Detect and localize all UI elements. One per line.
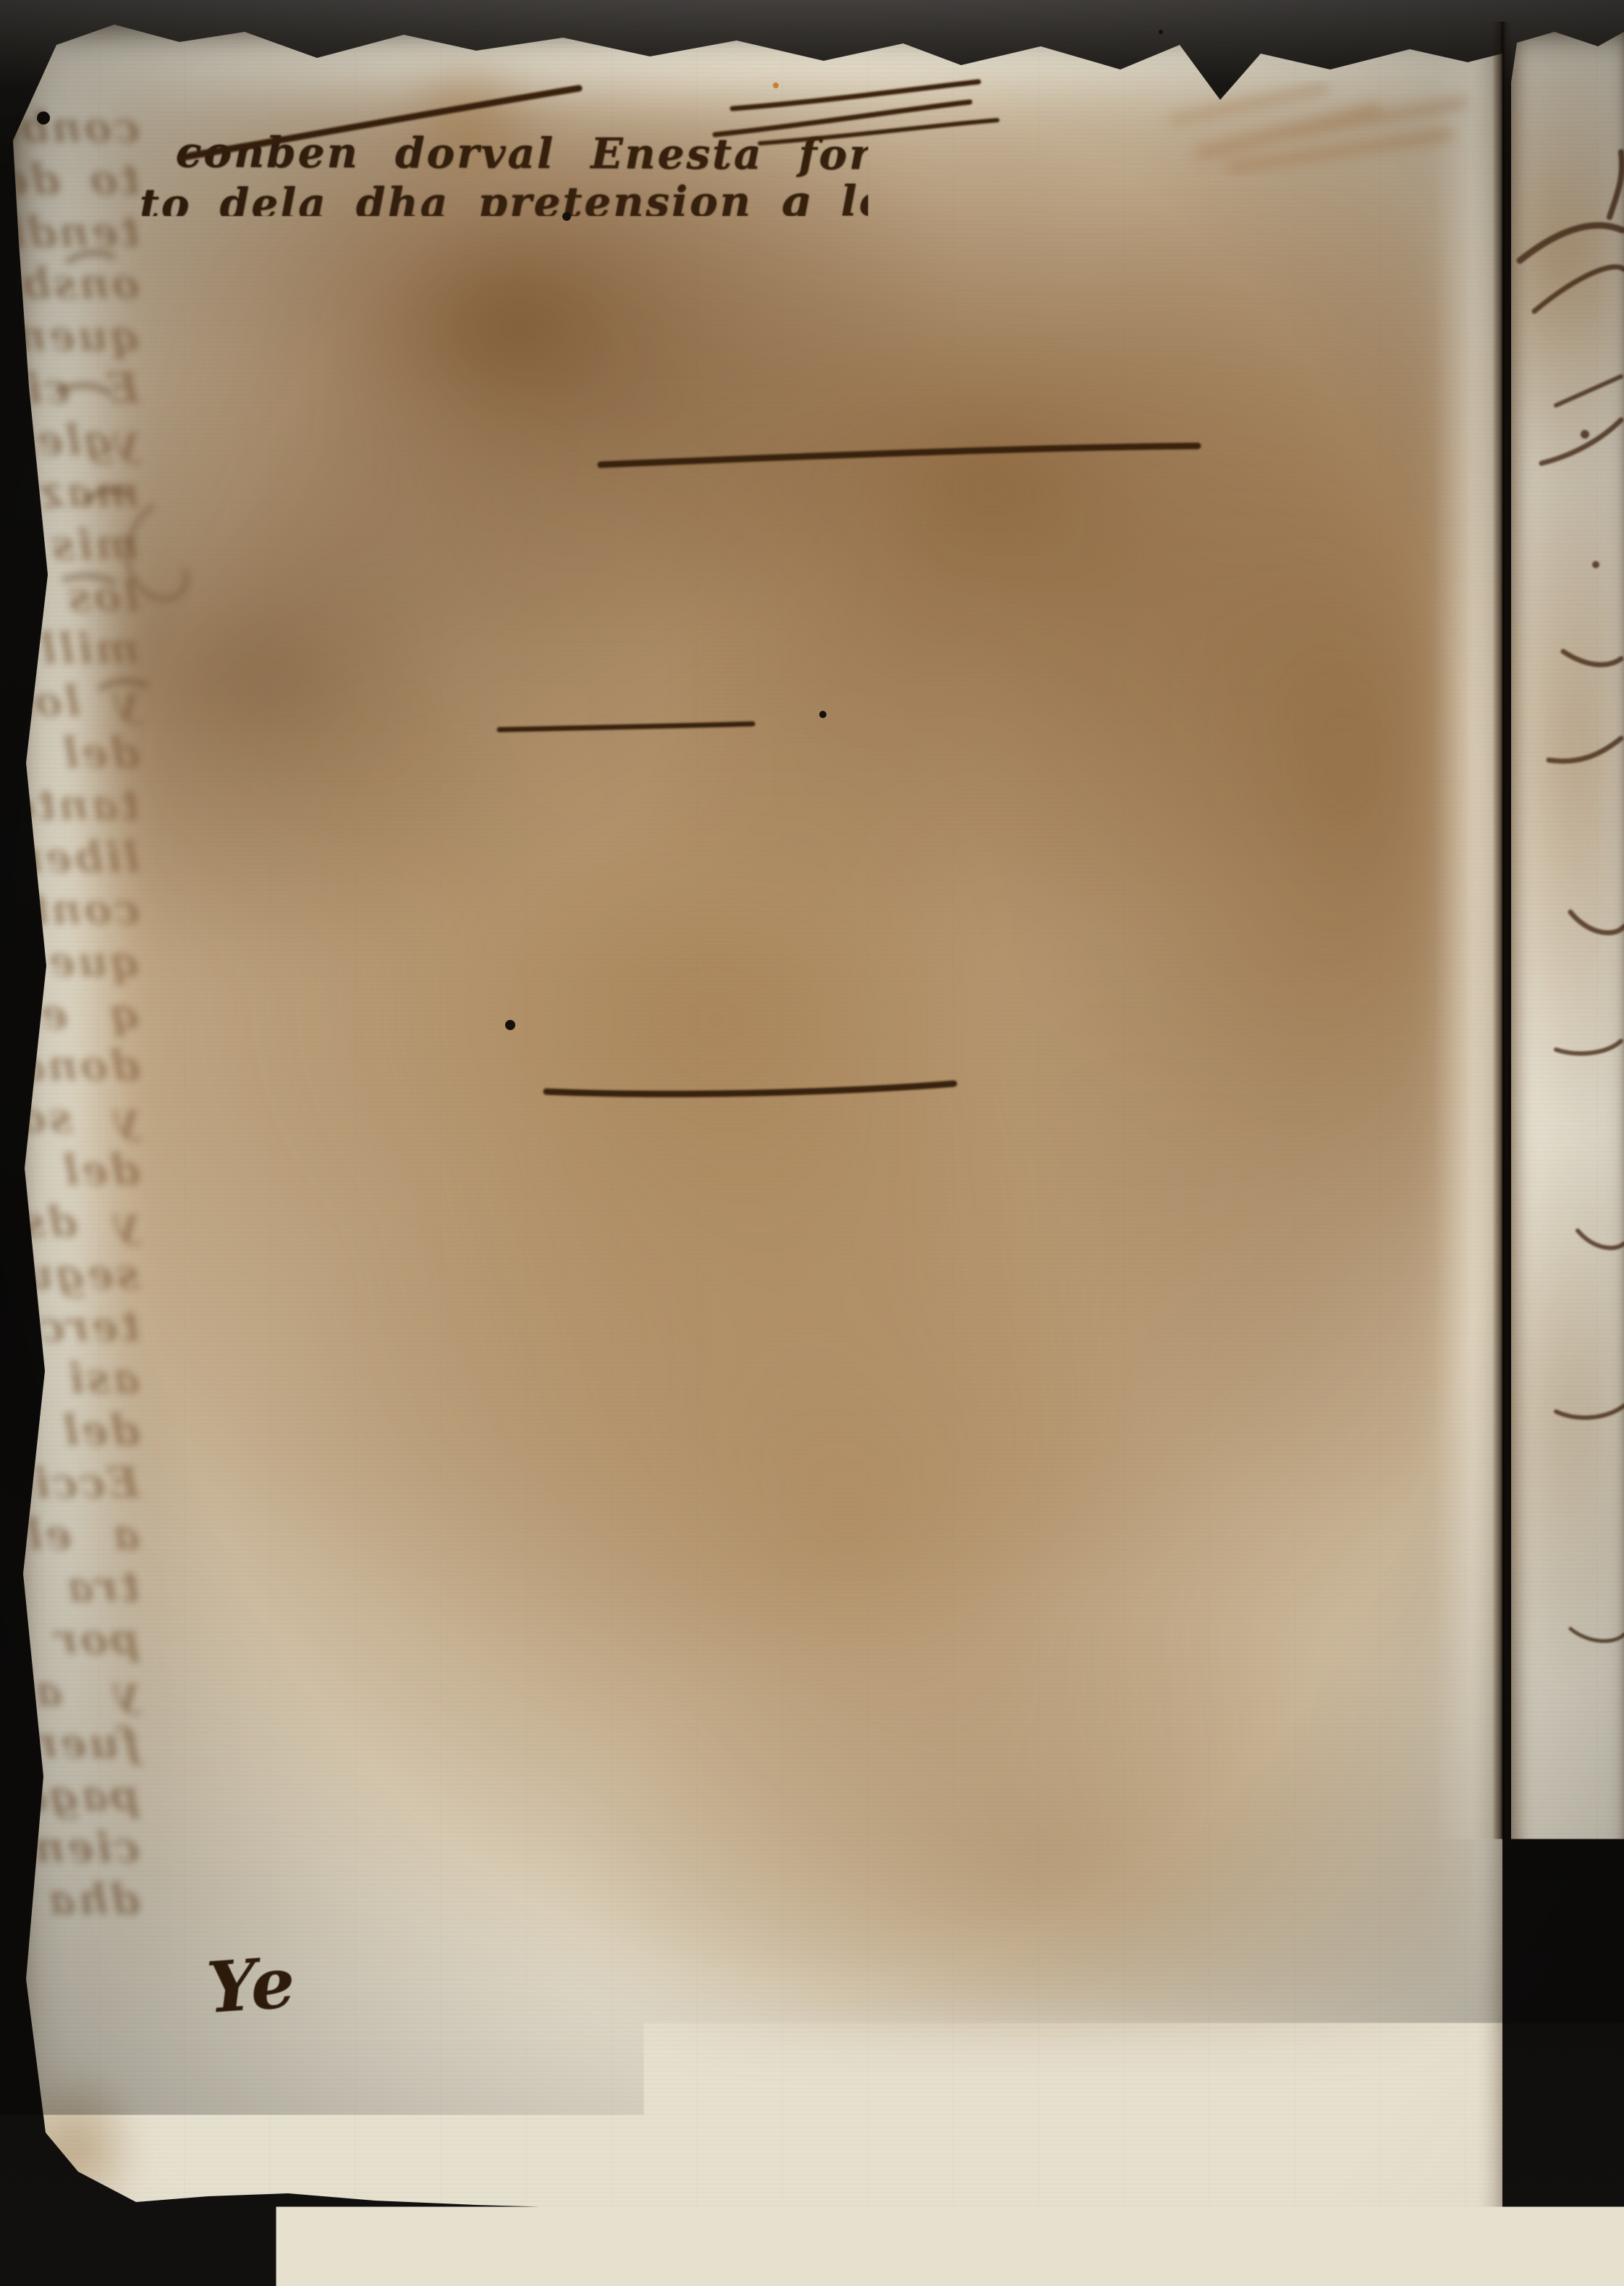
manuscript-line: dona maria ruiz y ojos de mjn ruyz de [140, 1064, 1254, 1120]
manuscript-line: dha yglesia de cemein y los dozientos ds [0, 1873, 140, 1926]
manuscript-line: tercero años los dhos e que rrespondan l… [140, 1319, 1486, 1377]
manuscript-line: fuer legitima del yelo que se sigue a ce… [140, 1736, 1486, 1794]
manuscript-line: onsbienes seles don. E ya quien q intere… [140, 277, 1486, 334]
manuscript-line: q el dho andres mis e anq y fauor della … [140, 1006, 1486, 1064]
manuscript-line: a ellos como a onsherederos les pertenec… [0, 1509, 140, 1561]
manuscript-line: segun q el d Joan dies mjn q se obliga a… [0, 1248, 140, 1300]
manuscript-line: cientos ds. e pago para las dhas capilla… [140, 1840, 1486, 1898]
manuscript-line: fuer legitima del yelo que se sigue a ce… [0, 1717, 140, 1769]
manuscript-line: los qu ando dieze de ellos a el inso de … [0, 570, 140, 623]
manuscript-line: tantos de sus mis menores se contenten d… [140, 798, 1486, 856]
manuscript-line: contra los suyos dhos e sus fiadores ten… [0, 883, 140, 935]
manuscript-line: mill e mas ds y los cinquenta y seys de … [0, 623, 140, 675]
manuscript-line: cientos ds. e pago para las dhas capilla… [0, 1821, 140, 1873]
manuscript-line: que lo enq aprueben la dha obligacion [0, 935, 140, 987]
facing-page-stains [1511, 32, 1624, 2264]
manuscript-line: quenta e seys ds ya pasados los quatro c… [0, 310, 140, 362]
manuscript-line: mazquina por q estos tantos q q el Joan … [140, 485, 1486, 543]
closing-flourish-mark: Ye [204, 1941, 297, 2029]
paper-stain [6, 2066, 143, 2232]
manuscript-line: asi no mio los dhos mis menores, se dan … [0, 1352, 140, 1404]
manuscript-line: dha yglesia de cemein y los dozientos ds [140, 1898, 1442, 1960]
manuscript-line: mis de mallea y su hrs y fiadores de bie… [140, 543, 1486, 599]
manuscript-line: y agora cumple para la dha capilla mia d… [0, 1665, 140, 1717]
manuscript-line: contra los suyos dhos e sus fiadores ten… [140, 902, 1486, 960]
manuscript-line: yglesia duarte e qual de xmjn yn dela dh… [0, 414, 140, 466]
manuscript-line: tra quales quier personas q ve sean ansi [140, 1585, 1298, 1642]
manuscript-line: del dho mjn banes y su muger todos quale… [140, 1423, 1486, 1481]
manuscript-line: tantos de sus mis menores se contenten d… [0, 779, 140, 831]
manuscript-line: del mes de otubre deste pnte año el que … [0, 727, 140, 779]
manuscript-line: dona maria ruiz y ojos de mjn ruyz de [0, 1039, 140, 1092]
manuscript-line: conben dorval Enesta forma, Es a sabor q… [0, 101, 140, 153]
manuscript-line: y ds y lo an dela q se obliguen a ocenda… [0, 1196, 140, 1248]
manuscript-line: E cinquenta e seys de los luego de cabil… [140, 381, 1486, 439]
manuscript-line: a ellos como a onsherederos les pertenec… [140, 1527, 1486, 1585]
manuscript-line: onsbienes seles don. E ya quien q intere… [0, 258, 140, 310]
manuscript-line: y sobre q fue a honze dias del mes de ma… [0, 1092, 140, 1144]
handwritten-text-block: conben dorval Enesta forma, Es a sabor q… [140, 126, 1486, 1950]
manuscript-page: conben dorval Enesta forma, Es a sabor q… [13, 25, 1502, 2258]
manuscript-line: to dela dha pretension q los dhos mis me… [140, 172, 1486, 230]
manuscript-line: tra quales quier personas q ve sean ansi [0, 1561, 140, 1613]
facing-page-edge [1511, 32, 1624, 2264]
manuscript-line: y ds y lo an dela q se obliguen a ocenda… [140, 1215, 1486, 1273]
manuscript-photo: conben dorval Enesta forma, Es a sabor q… [0, 0, 1624, 2286]
manuscript-line: to dela dha pretension q los dhos mis me… [0, 153, 140, 206]
manuscript-line: mazquina por q estos tantos q q el Joan … [0, 466, 140, 518]
paper-texture [1511, 32, 1624, 2264]
manuscript-line: y los demas ds rectaymes y aquellos para… [140, 693, 1486, 751]
manuscript-line: del dho mjn banes y su muger todos quale… [0, 1404, 140, 1456]
